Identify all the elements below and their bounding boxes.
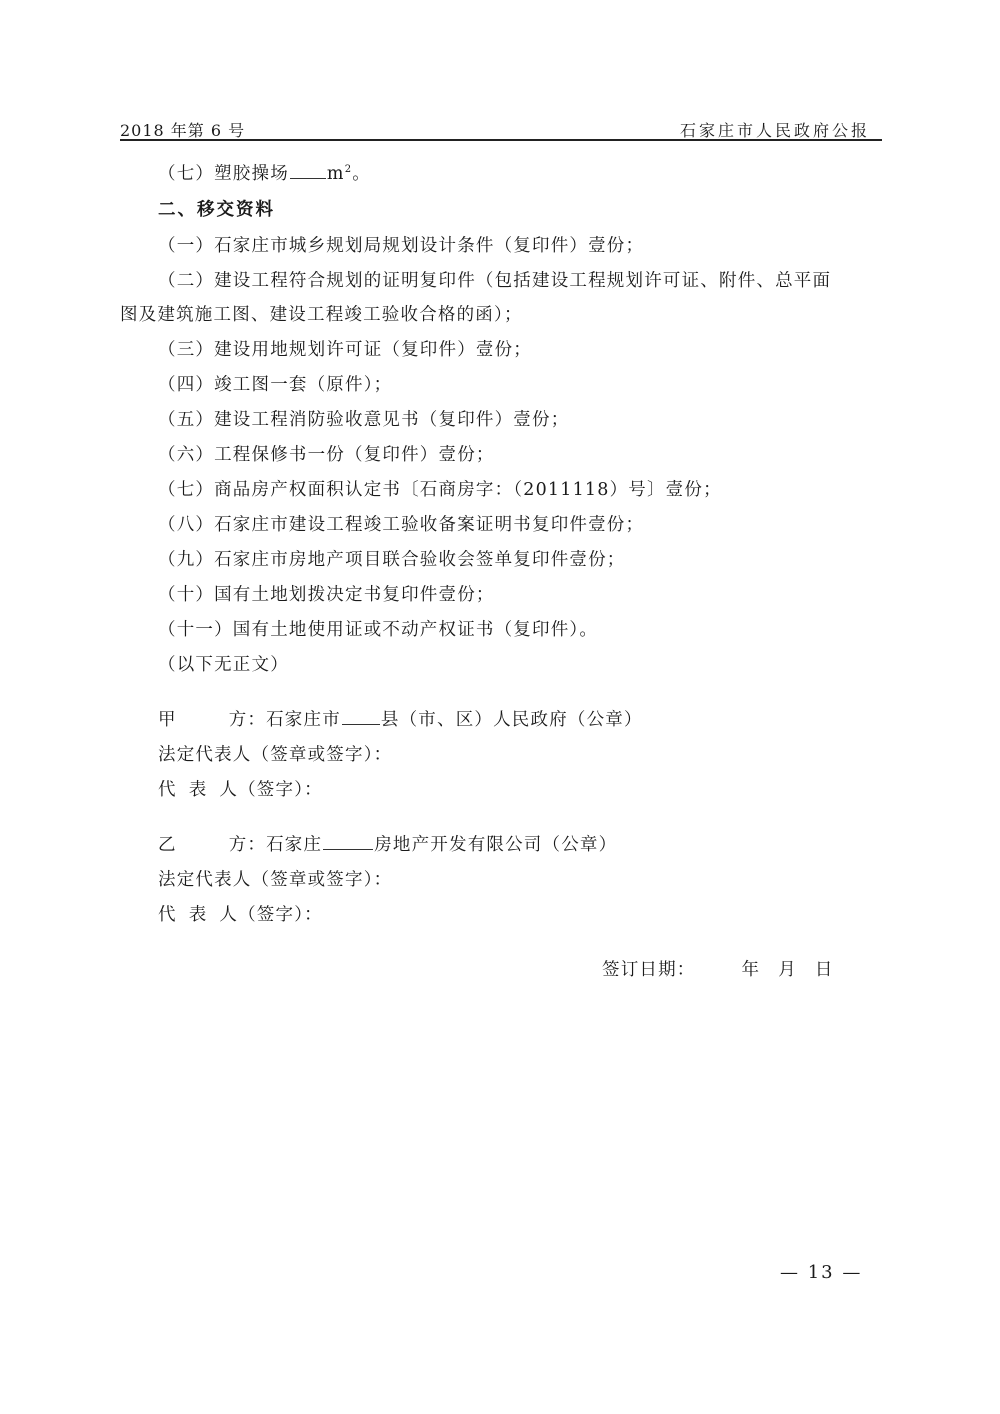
- date-label: 签订日期：: [602, 960, 696, 980]
- party-b-representative: 代表人（签字）：: [158, 901, 323, 926]
- page-header: 2018 年第 6 号 石家庄市人民政府公报: [120, 112, 880, 140]
- material-item: （四）竣工图一套（原件）；: [158, 371, 392, 396]
- material-item: （三）建设用地规划许可证（复印件）壹份；: [158, 336, 532, 361]
- month-label: 月: [778, 960, 797, 980]
- material-item: （九）石家庄市房地产项目联合验收会签单复印件壹份；: [158, 546, 626, 571]
- material-item: （五）建设工程消防验收意见书（复印件）壹份；: [158, 406, 569, 431]
- material-item: （十）国有土地划拨决定书复印件壹份；: [158, 581, 495, 606]
- rep-char: 代: [158, 905, 177, 925]
- material-item: （十一）国有土地使用证或不动产权证书（复印件）。: [158, 616, 598, 641]
- issue-label: 2018 年第 6 号: [120, 118, 245, 141]
- party-b-legal-rep: 法定代表人（签章或签字）：: [158, 866, 392, 891]
- section-title: 二、移交资料: [158, 196, 275, 221]
- header-divider: [120, 139, 882, 141]
- signing-date: 签订日期：年月日: [602, 956, 834, 981]
- year-label: 年: [742, 960, 761, 980]
- material-item: （七）商品房产权面积认定书〔石商房字：（2011118）号〕壹份；: [158, 476, 722, 501]
- page-number: — 13 —: [780, 1262, 862, 1283]
- end-note: （以下无正文）: [158, 651, 289, 676]
- blank-field: [290, 177, 326, 179]
- material-item: （六）工程保修书一份（复印件）壹份；: [158, 441, 495, 466]
- party-b-line: 乙方：石家庄房地产开发有限公司（公章）: [158, 831, 617, 856]
- party-a-line: 甲方：石家庄市县（市、区）人民政府（公章）: [158, 706, 643, 731]
- rep-label: 人（签字）：: [219, 905, 322, 925]
- rep-label: 人（签字）：: [219, 780, 322, 800]
- party-b-label: 乙: [158, 835, 177, 855]
- rep-char: 代: [158, 780, 177, 800]
- party-a-label: 甲: [158, 710, 177, 730]
- material-item: （一）石家庄市城乡规划局规划设计条件（复印件）壹份；: [158, 232, 644, 257]
- day-label: 日: [815, 960, 834, 980]
- party-b-city: 方：石家庄: [229, 835, 323, 855]
- unit: m: [327, 164, 345, 184]
- county-blank-field: [342, 723, 380, 725]
- company-blank-field: [323, 848, 373, 850]
- publication-title: 石家庄市人民政府公报: [680, 118, 870, 141]
- material-item: （二）建设工程符合规划的证明复印件（包括建设工程规划许可证、附件、总平面: [158, 267, 831, 292]
- party-b-suffix: 房地产开发有限公司（公章）: [374, 835, 617, 855]
- party-a-representative: 代表人（签字）：: [158, 776, 323, 801]
- material-item: （八）石家庄市建设工程竣工验收备案证明书复印件壹份；: [158, 511, 644, 536]
- item-plastic-field: （七）塑胶操场m2。: [158, 160, 371, 185]
- party-a-legal-rep: 法定代表人（签章或签字）：: [158, 741, 392, 766]
- period: 。: [352, 164, 371, 184]
- item-text: （七）塑胶操场: [158, 164, 289, 184]
- party-a-suffix: 县（市、区）人民政府（公章）: [381, 710, 643, 730]
- rep-char: 表: [189, 780, 208, 800]
- rep-char: 表: [189, 905, 208, 925]
- material-item-continued: 图及建筑施工图、建设工程竣工验收合格的函）；: [120, 301, 523, 326]
- party-a-city: 方：石家庄市: [229, 710, 341, 730]
